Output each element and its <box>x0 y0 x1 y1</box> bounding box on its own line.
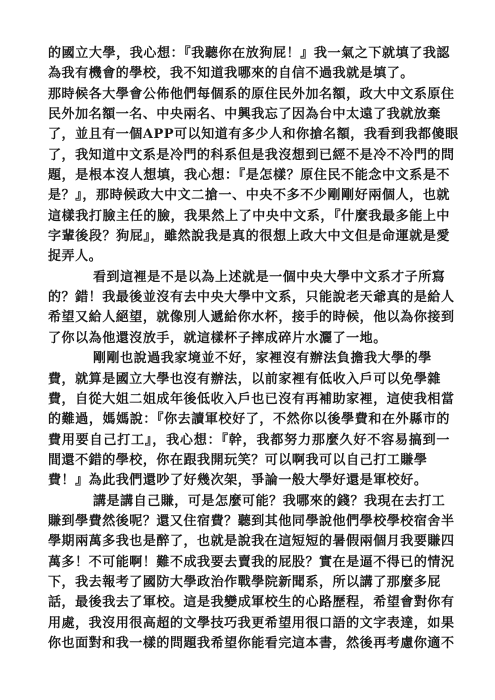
text-line: 萬多！不可能啊！難不成我要去賣我的屁股？實在是逼不得已的情況 <box>48 553 450 573</box>
text-line: 的國立大學，我心想：『我聽你在放狗屁！』我一氣之下就填了我認 <box>48 44 450 64</box>
text-line: 了，並且有一個APP可以知道有多少人和你搶名額，我看到我都傻眼 <box>48 125 450 145</box>
text-line: 題，是根本沒人想填，我心想：『是怎樣？原住民不能念中文系是不 <box>48 166 450 186</box>
text-line: 了你以為他還沒放手，就這樣杯子摔成碎片水灑了一地。 <box>48 329 450 349</box>
text-line: 那時候各大學會公佈他們每個系的原住民外加名額，政大中文系原住 <box>48 85 450 105</box>
text-line: 費，就算是國立大學也沒有辦法，以前家裡有低收入戶可以免學雜 <box>48 370 450 390</box>
text-line: 賺到學費然後呢？還又住宿費？聽到其他同學說他們學校學校宿舍半 <box>48 512 450 532</box>
text-line: 民外加名額一名、中央兩名、中興我忘了因為台中太遠了我就放棄 <box>48 105 450 125</box>
text-line: 費！』為此我們還吵了好幾次架，爭論一般大學好還是軍校好。 <box>48 471 450 491</box>
text-line: 剛剛也說過我家境並不好，家裡沒有辦法負擔我大學的學 <box>48 349 450 369</box>
text-line: 的？錯！我最後並沒有去中央大學中文系，只能說老天爺真的是給人 <box>48 288 450 308</box>
text-line: 的難過，媽媽說：『你去讀軍校好了，不然你以後學費和在外縣市的 <box>48 410 450 430</box>
text-line: 希望又給人絕望，就像別人遞給你水杯，接手的時候，他以為你接到 <box>48 308 450 328</box>
document-page: 的國立大學，我心想：『我聽你在放狗屁！』我一氣之下就填了我認 為我有機會的學校，… <box>0 0 495 700</box>
text-line: 費，自從大姐二姐成年後低收入戶也已沒有再補助家裡，這使我相當 <box>48 390 450 410</box>
text-line: 講是講自己賺，可是怎麼可能？我哪來的錢？我現在去打工 <box>48 492 450 512</box>
text-line: 費用要自己打工』，我心想：『幹，我都努力那麼久好不容易搞到一 <box>48 431 450 451</box>
text-line: 用處，我沒用很高超的文學技巧我更希望用很口語的文字表達，如果 <box>48 614 450 634</box>
text-line: 這樣我打臉主任的臉，我果然上了中央中文系，『什麼我最多能上中 <box>48 207 450 227</box>
text-line: 了，我知道中文系是冷門的科系但是我沒想到已經不是冷不冷門的問 <box>48 146 450 166</box>
text-line: 為我有機會的學校，我不知道我哪來的自信不過我就是填了。 <box>48 64 450 84</box>
text-line: 看到這裡是不是以為上述就是一個中央大學中文系才子所寫 <box>48 268 450 288</box>
text-line: 你也面對和我一樣的問題我希望你能看完這本書，然後再考慮你適不 <box>48 634 450 654</box>
text-line: 捉弄人。 <box>48 247 450 267</box>
text-line: 話，最後我去了軍校。這是我變成軍校生的心路歷程，希望會對你有 <box>48 593 450 613</box>
text-line: 下，我去報考了國防大學政治作戰學院新聞系，所以講了那麼多屁 <box>48 573 450 593</box>
text-line: 學期兩萬多我也是醉了，也就是說我在這短短的暑假兩個月我要賺四 <box>48 532 450 552</box>
text-line: 字輩後段？狗屁』，雖然說我是真的很想上政大中文但是命運就是愛 <box>48 227 450 247</box>
text-line: 間還不錯的學校，你在跟我開玩笑？可以啊我可以自己打工賺學 <box>48 451 450 471</box>
body-text: 的國立大學，我心想：『我聽你在放狗屁！』我一氣之下就填了我認 為我有機會的學校，… <box>48 44 450 654</box>
text-line: 是？』，那時候政大中文二搶一、中央不多不少剛剛好兩個人，也就 <box>48 186 450 206</box>
